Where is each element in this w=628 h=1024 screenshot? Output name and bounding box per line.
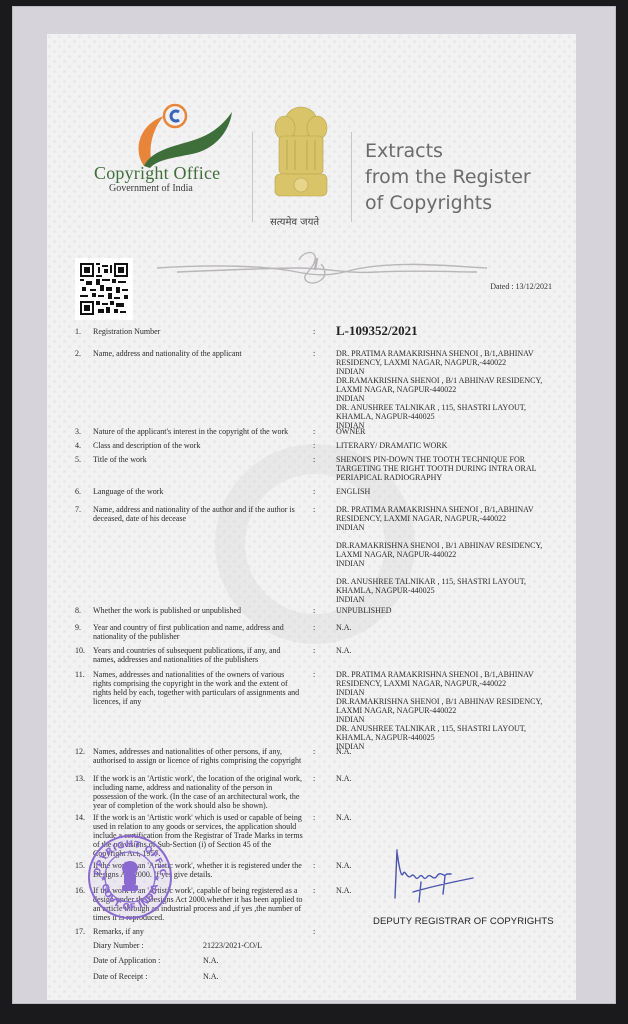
row-label: Registration Number	[93, 327, 303, 336]
signatory-title: DEPUTY REGISTRAR OF COPYRIGHTS	[373, 916, 554, 927]
copyright-office-logo-icon	[122, 94, 242, 169]
row-label: Title of the work	[93, 455, 303, 464]
certificate-header: Copyright Office Government of India सत्…	[47, 34, 576, 234]
row-number: 10.	[75, 646, 89, 655]
row-label: Years and countries of subsequent public…	[93, 646, 303, 664]
row-label: Remarks, if any	[93, 927, 303, 936]
row-number: 11.	[75, 670, 89, 679]
row-separator: :	[313, 505, 315, 514]
row-number: 17.	[75, 927, 89, 936]
row-value: LITERARY/ DRAMATIC WORK	[336, 441, 561, 450]
header-divider	[351, 132, 352, 222]
row-separator: :	[313, 774, 315, 783]
date-of-receipt-label: Date of Receipt :	[93, 972, 147, 981]
row-value: N.A.	[336, 813, 561, 822]
row-label: Nature of the applicant's interest in th…	[93, 427, 303, 436]
row-label: Class and description of the work	[93, 441, 303, 450]
row-separator: :	[313, 441, 315, 450]
svg-text:★: ★	[153, 874, 160, 883]
date-of-application-label: Date of Application :	[93, 956, 160, 965]
copyright-office-logo: Copyright Office Government of India	[102, 94, 242, 224]
row-label: Year and country of first publication an…	[93, 623, 303, 641]
row-number: 2.	[75, 349, 89, 358]
row-number: 12.	[75, 747, 89, 756]
author-entry: DR. ANUSHREE TALNIKAR , 115, SHASTRI LAY…	[336, 577, 561, 604]
diary-number-value: 21223/2021-CO/L	[203, 941, 262, 950]
row-value: OWNER	[336, 427, 561, 436]
row-separator: :	[313, 670, 315, 679]
row-label: Names, addresses and nationalities of ot…	[93, 747, 303, 765]
row-separator: :	[313, 927, 315, 936]
row-number: 8.	[75, 606, 89, 615]
row-separator: :	[313, 813, 315, 822]
row-value: UNPUBLISHED	[336, 606, 561, 615]
row-label: If the work is an 'Artistic work', the l…	[93, 774, 303, 810]
row-label: Names, addresses and nationalities of th…	[93, 670, 303, 706]
row-value: DR. PRATIMA RAMAKRISHNA SHENOI , B/1,ABH…	[336, 505, 561, 604]
row-number: 6.	[75, 487, 89, 496]
document-title: Extracts from the Register of Copyrights	[365, 138, 531, 216]
row-value: DR. PRATIMA RAMAKRISHNA SHENOI , B/1,ABH…	[336, 670, 561, 751]
registration-number: L-109352/2021	[336, 324, 561, 338]
row-label: Language of the work	[93, 487, 303, 496]
author-entry: DR. PRATIMA RAMAKRISHNA SHENOI , B/1,ABH…	[336, 505, 561, 532]
office-subtitle: Government of India	[109, 183, 193, 194]
row-number: 9.	[75, 623, 89, 632]
certificate-page: Copyright Office Government of India सत्…	[47, 34, 576, 1000]
row-separator: :	[313, 327, 315, 336]
office-title: Copyright Office	[94, 163, 220, 184]
decorative-flourish-icon	[157, 246, 487, 286]
date-of-application-value: N.A.	[203, 956, 219, 965]
row-value: ENGLISH	[336, 487, 561, 496]
author-entry: DR.RAMAKRISHNA SHENOI , B/1 ABHINAV RESI…	[336, 541, 561, 568]
official-seal-stamp: COPYRIGHT OFFICE GOVT OF INDIA ★ ★	[87, 834, 173, 920]
row-value: N.A.	[336, 623, 561, 632]
qr-code[interactable]	[75, 258, 133, 320]
row-separator: :	[313, 427, 315, 436]
row-label: Whether the work is published or unpubli…	[93, 606, 303, 615]
emblem-motto: सत्यमेव जयते	[270, 214, 319, 228]
row-value: N.A.	[336, 646, 561, 655]
row-separator: :	[313, 886, 315, 895]
row-label: Name, address and nationality of the aut…	[93, 505, 303, 523]
row-separator: :	[313, 487, 315, 496]
row-value: N.A.	[336, 774, 561, 783]
row-value: DR. PRATIMA RAMAKRISHNA SHENOI , B/1,ABH…	[336, 349, 561, 430]
row-number: 5.	[75, 455, 89, 464]
qr-code-icon	[80, 263, 128, 315]
row-separator: :	[313, 349, 315, 358]
row-number: 14.	[75, 813, 89, 822]
row-label: Name, address and nationality of the app…	[93, 349, 303, 358]
row-separator: :	[313, 747, 315, 756]
row-separator: :	[313, 623, 315, 632]
svg-text:★: ★	[100, 874, 107, 883]
date-of-receipt-value: N.A.	[203, 972, 219, 981]
registrar-signature	[393, 846, 483, 906]
row-number: 7.	[75, 505, 89, 514]
row-separator: :	[313, 606, 315, 615]
header-divider	[252, 132, 253, 222]
row-separator: :	[313, 646, 315, 655]
row-value: N.A.	[336, 747, 561, 756]
row-separator: :	[313, 455, 315, 464]
diary-number-label: Diary Number :	[93, 941, 144, 950]
row-value: SHENOI'S PIN-DOWN THE TOOTH TECHNIQUE FO…	[336, 455, 561, 482]
date-issued: Dated : 13/12/2021	[490, 282, 552, 291]
row-separator: :	[313, 861, 315, 870]
row-number: 3.	[75, 427, 89, 436]
row-number: 1.	[75, 327, 89, 336]
row-number: 13.	[75, 774, 89, 783]
row-number: 4.	[75, 441, 89, 450]
national-emblem-icon	[265, 100, 337, 210]
